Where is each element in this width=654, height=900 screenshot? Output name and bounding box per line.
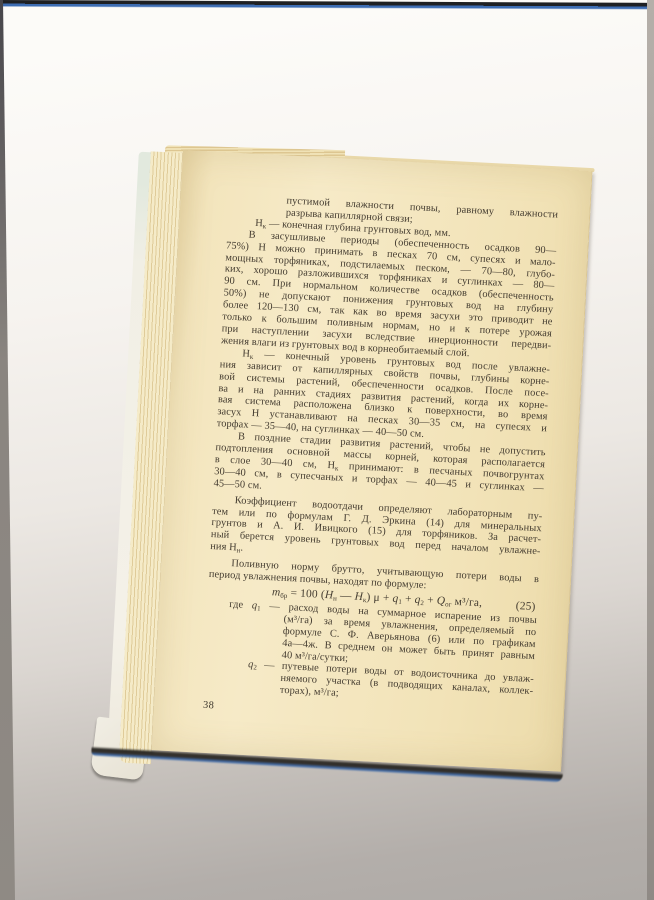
text-block: пустимой влажности почвы, равному влажно… [202, 192, 559, 729]
photo-top-edge [0, 0, 654, 10]
paragraph-drought-periods: В засушливые периоды (обеспеченность оса… [221, 228, 557, 364]
photo-right-edge [647, 0, 654, 900]
book: пустимой влажности почвы, равному влажно… [152, 150, 593, 772]
photo-left-edge [0, 0, 18, 900]
photo-background: пустимой влажности почвы, равному влажно… [0, 0, 654, 900]
book-page: пустимой влажности почвы, равному влажно… [152, 150, 593, 772]
formula-number: (25) [515, 601, 535, 614]
